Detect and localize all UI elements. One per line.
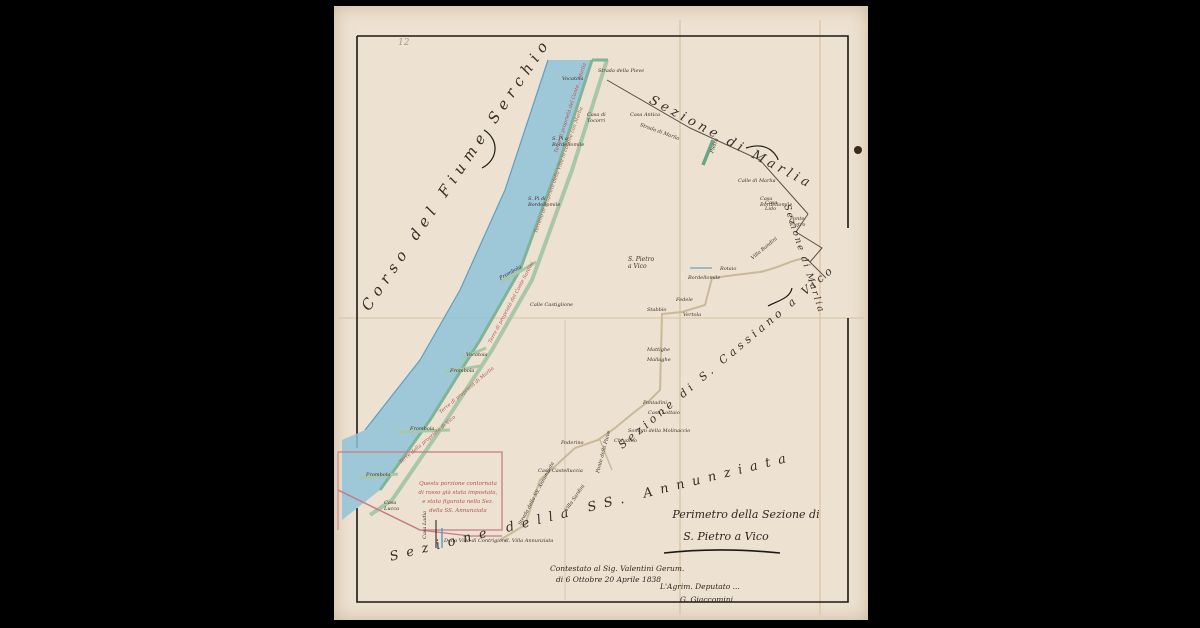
place-label: Frombola — [366, 472, 390, 478]
place-label: Calle di Marlia — [738, 178, 776, 184]
place-label: Vertola — [683, 312, 701, 318]
place-label: Vocatoia — [466, 352, 488, 358]
place-label: Stabbio — [647, 307, 666, 313]
place-label: Mattighe — [647, 347, 670, 353]
place-label: Casa Antica — [630, 112, 660, 118]
place-label: C. Villa Annunziata — [505, 538, 553, 544]
place-label: Casa Lido — [765, 200, 777, 212]
place-label: Chiudino — [614, 438, 637, 444]
place-label: Casa di Tocorri — [587, 112, 606, 124]
place-label: Pontadini — [643, 400, 667, 406]
place-label: Fedele — [676, 297, 693, 303]
place-label: Mallaghe — [647, 357, 671, 363]
place-label: Bordellomile — [688, 275, 720, 281]
place-label: Casa Lucca — [384, 500, 399, 512]
map-drawing — [0, 0, 1200, 628]
place-label: Calle Castiglione — [530, 302, 573, 308]
signature-line2: di 6 Ottobre 20 Aprile 1838 — [556, 575, 661, 584]
place-label: Poderino — [561, 440, 584, 446]
place-label: Ponte Pietro — [790, 216, 805, 228]
signature-line4: G. Giaccomini — [680, 595, 733, 604]
signature-line1: Contestato al Sig. Valentini Gerum. — [550, 564, 684, 573]
place-label: Rotaio — [720, 266, 736, 272]
place-label: Casa Lottaio — [648, 410, 680, 416]
boundary-note: Questa porzione contornata di rosso già … — [418, 480, 498, 516]
place-label: S. Pietro a Vico — [628, 256, 654, 270]
map-title-line1: Perimetro della Sezione di — [646, 508, 846, 521]
place-label: Frombola — [410, 426, 434, 432]
signature-line3: L'Agrim. Deputato ... — [660, 582, 740, 591]
map-title-line2: S. Pietro a Vico — [646, 530, 806, 543]
corner-mark: 12 — [398, 38, 409, 48]
place-label: Frombola — [450, 368, 474, 374]
place-label: Somoni della Molinaccio — [628, 428, 690, 434]
place-label: Della Villa di Contrigione — [444, 538, 508, 544]
place-label: Strada della Pieve — [598, 68, 644, 74]
